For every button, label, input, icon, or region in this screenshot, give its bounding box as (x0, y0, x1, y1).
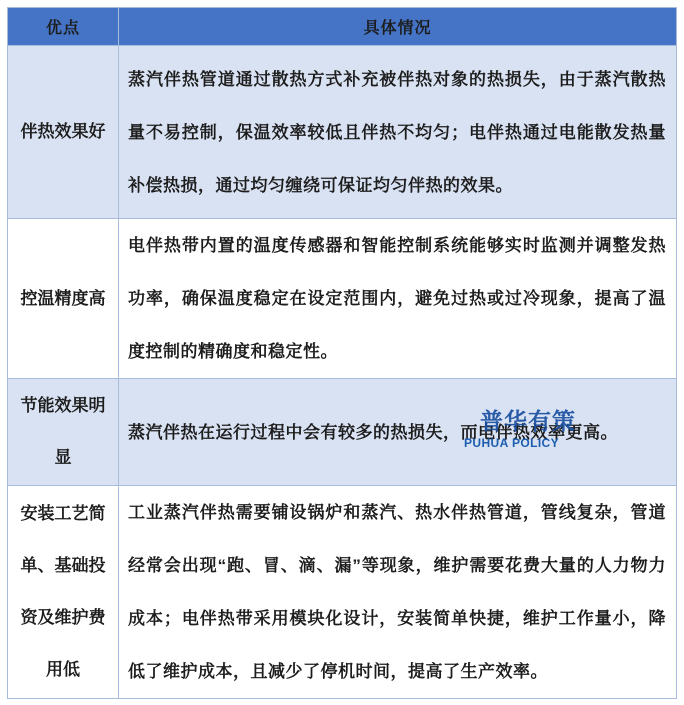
table-row: 控温精度高 电伴热带内置的温度传感器和智能控制系统能够实时监测并调整发热功率，确… (8, 219, 677, 379)
advantage-cell: 伴热效果好 (8, 46, 119, 219)
table-row: 伴热效果好 蒸汽伴热管道通过散热方式补充被伴热对象的热损失，由于蒸汽散热量不易控… (8, 46, 677, 219)
advantage-cell: 节能效果明显 (8, 379, 119, 486)
header-advantage-column: 优点 (8, 8, 119, 46)
advantages-comparison-table: 优点 具体情况 伴热效果好 蒸汽伴热管道通过散热方式补充被伴热对象的热损失，由于… (7, 7, 677, 699)
header-detail-column: 具体情况 (119, 8, 677, 46)
advantage-cell: 安装工艺简单、基础投资及维护费用低 (8, 486, 119, 699)
table-header-row: 优点 具体情况 (8, 8, 677, 46)
advantage-cell: 控温精度高 (8, 219, 119, 379)
table-row: 安装工艺简单、基础投资及维护费用低 工业蒸汽伴热需要铺设锅炉和蒸汽、热水伴热管道… (8, 486, 677, 699)
document-page: 优点 具体情况 伴热效果好 蒸汽伴热管道通过散热方式补充被伴热对象的热损失，由于… (0, 0, 684, 705)
detail-cell: 蒸汽伴热管道通过散热方式补充被伴热对象的热损失，由于蒸汽散热量不易控制，保温效率… (119, 46, 677, 219)
detail-cell: 工业蒸汽伴热需要铺设锅炉和蒸汽、热水伴热管道，管线复杂，管道经常会出现“跑、冒、… (119, 486, 677, 699)
detail-cell: 蒸汽伴热在运行过程中会有较多的热损失，而电伴热效率更高。 (119, 379, 677, 486)
table-row: 节能效果明显 蒸汽伴热在运行过程中会有较多的热损失，而电伴热效率更高。 (8, 379, 677, 486)
detail-cell: 电伴热带内置的温度传感器和智能控制系统能够实时监测并调整发热功率，确保温度稳定在… (119, 219, 677, 379)
